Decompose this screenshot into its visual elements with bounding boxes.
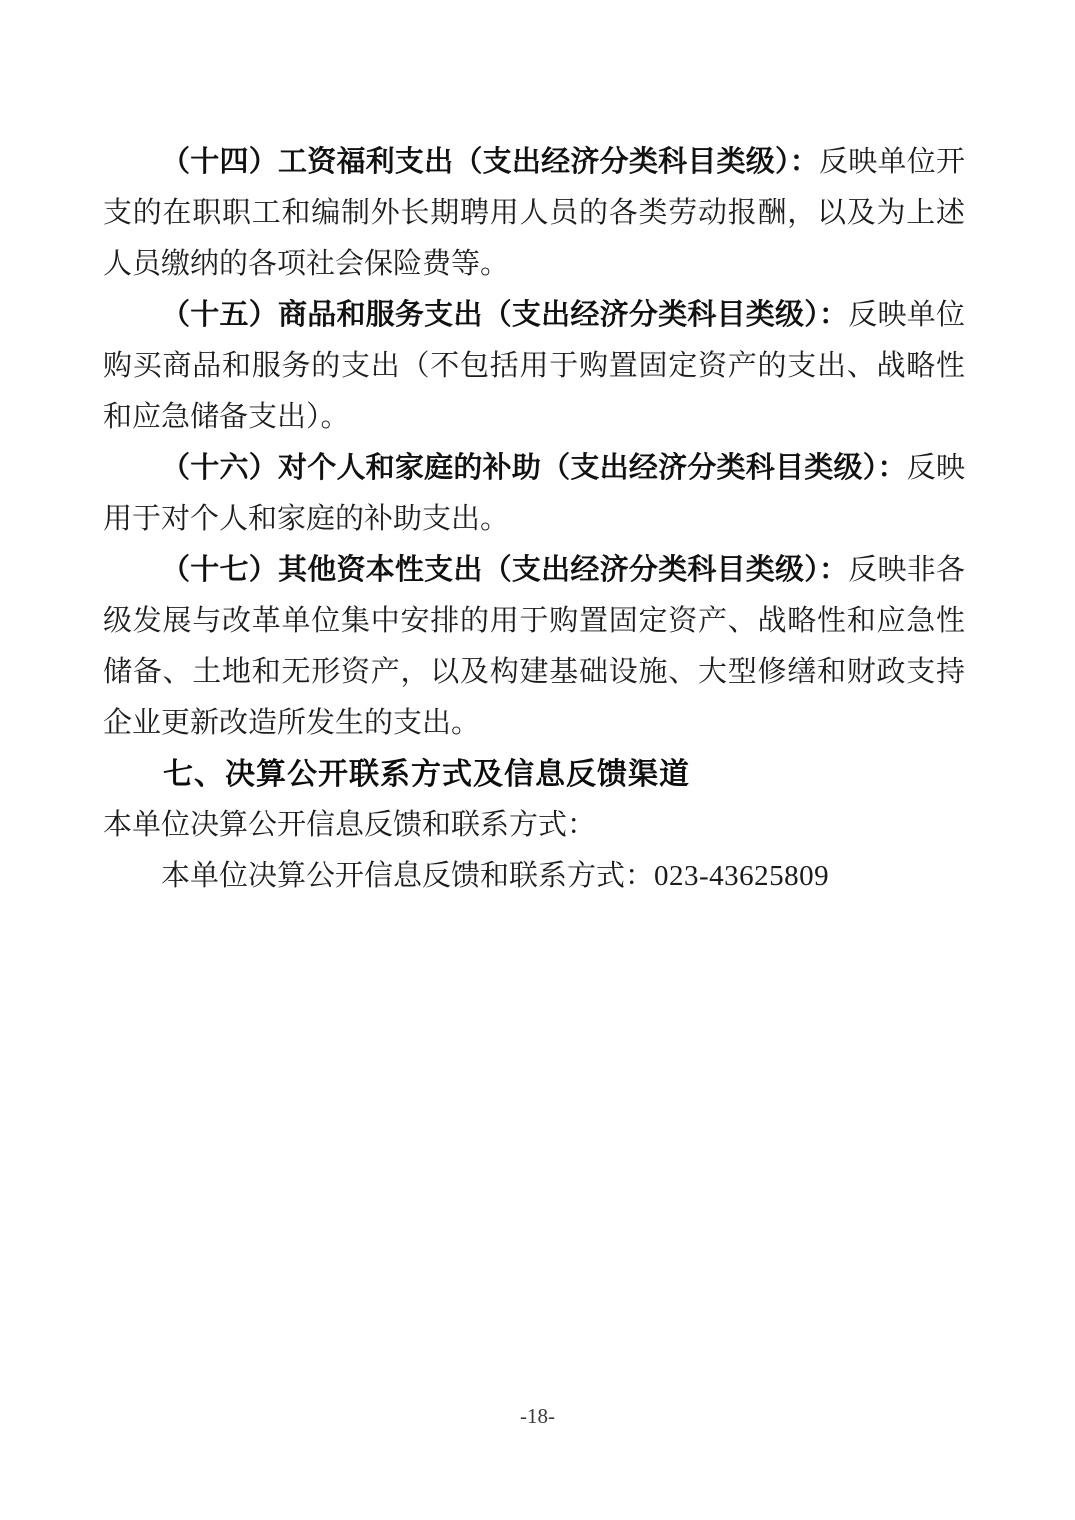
contact-info-line: 本单位决算公开信息反馈和联系方式： xyxy=(103,800,965,851)
paragraph-16-lead: （十六）对个人和家庭的补助（支出经济分类科目类级）： xyxy=(161,452,907,484)
paragraph-15-lead: （十五）商品和服务支出（支出经济分类科目类级）： xyxy=(161,299,848,331)
paragraph-15-goods-services: （十五）商品和服务支出（支出经济分类科目类级）：反映单位购买商品和服务的支出（不… xyxy=(103,290,965,443)
paragraph-16-individual-family-subsidy: （十六）对个人和家庭的补助（支出经济分类科目类级）：反映用于对个人和家庭的补助支… xyxy=(103,443,965,545)
paragraph-17-lead: （十七）其他资本性支出（支出经济分类科目类级）： xyxy=(161,554,848,586)
document-page: （十四）工资福利支出（支出经济分类科目类级）：反映单位开支的在职职工和编制外长期… xyxy=(0,0,1075,1520)
contact-phone-number: 023-43625809 xyxy=(654,860,829,892)
document-content: （十四）工资福利支出（支出经济分类科目类级）：反映单位开支的在职职工和编制外长期… xyxy=(103,137,965,902)
section-heading-contact-feedback: 七、决算公开联系方式及信息反馈渠道 xyxy=(103,749,965,800)
page-number: -18- xyxy=(0,1404,1075,1429)
contact-info-line-with-phone: 本单位决算公开信息反馈和联系方式：023-43625809 xyxy=(103,851,965,902)
paragraph-17-other-capital-expenditure: （十七）其他资本性支出（支出经济分类科目类级）：反映非各级发展与改革单位集中安排… xyxy=(103,545,965,749)
paragraph-14-lead: （十四）工资福利支出（支出经济分类科目类级）： xyxy=(161,146,819,178)
paragraph-14-salary-welfare: （十四）工资福利支出（支出经济分类科目类级）：反映单位开支的在职职工和编制外长期… xyxy=(103,137,965,290)
contact-phone-label: 本单位决算公开信息反馈和联系方式： xyxy=(161,860,654,892)
